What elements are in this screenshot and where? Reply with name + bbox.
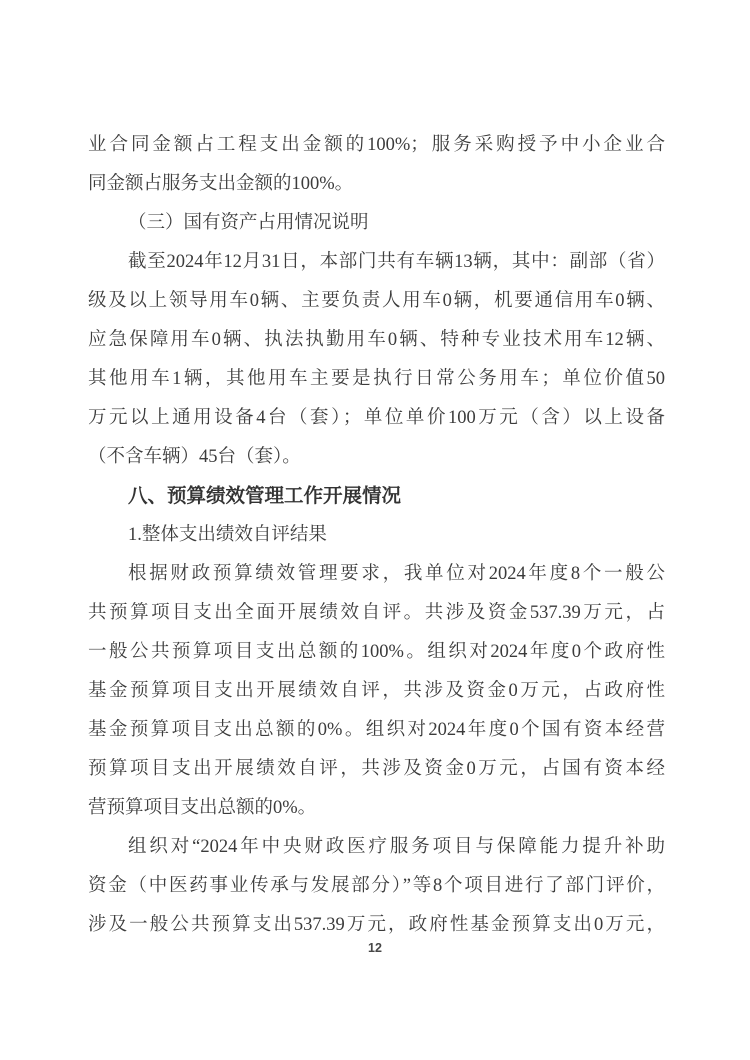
body-line: 预算项目支出开展绩效自评，共涉及资金0万元，占国有资本经	[88, 750, 665, 789]
body-line: 涉及一般公共预算支出537.39万元，政府性基金预算支出0万元，	[88, 906, 665, 945]
body-line: 截至2024年12月31日，本部门共有车辆13辆，其中：副部（省）	[88, 243, 665, 282]
body-line: 其他用车1辆，其他用车主要是执行日常公务用车；单位价值50	[88, 360, 665, 399]
document-page: 业合同金额占工程支出金额的100%；服务采购授予中小企业合 同金额占服务支出金额…	[0, 0, 750, 1060]
section-heading: 八、预算绩效管理工作开展情况	[88, 477, 665, 516]
page-number: 12	[0, 941, 750, 955]
body-line: 万元以上通用设备4台（套）；单位单价100万元（含）以上设备	[88, 399, 665, 438]
body-line: 应急保障用车0辆、执法执勤用车0辆、特种专业技术用车12辆、	[88, 321, 665, 360]
body-line: 共预算项目支出全面开展绩效自评。共涉及资金537.39万元，占	[88, 594, 665, 633]
subsection-heading: 1.整体支出绩效自评结果	[88, 516, 665, 555]
subsection-heading: （三）国有资产占用情况说明	[88, 204, 665, 243]
document-text-block: 业合同金额占工程支出金额的100%；服务采购授予中小企业合 同金额占服务支出金额…	[88, 126, 665, 945]
body-line: 级及以上领导用车0辆、主要负责人用车0辆，机要通信用车0辆、	[88, 282, 665, 321]
body-line: 组织对“2024年中央财政医疗服务项目与保障能力提升补助	[88, 828, 665, 867]
body-line: 基金预算项目支出开展绩效自评，共涉及资金0万元，占政府性	[88, 672, 665, 711]
body-line: 业合同金额占工程支出金额的100%；服务采购授予中小企业合	[88, 126, 665, 165]
body-line: （不含车辆）45台（套）。	[88, 438, 665, 477]
body-line: 资金（中医药事业传承与发展部分）”等8个项目进行了部门评价，	[88, 867, 665, 906]
body-line: 营预算项目支出总额的0%。	[88, 789, 665, 828]
body-line: 同金额占服务支出金额的100%。	[88, 165, 665, 204]
body-line: 根据财政预算绩效管理要求，我单位对2024年度8个一般公	[88, 555, 665, 594]
body-line: 一般公共预算项目支出总额的100%。组织对2024年度0个政府性	[88, 633, 665, 672]
body-line: 基金预算项目支出总额的0%。组织对2024年度0个国有资本经营	[88, 711, 665, 750]
